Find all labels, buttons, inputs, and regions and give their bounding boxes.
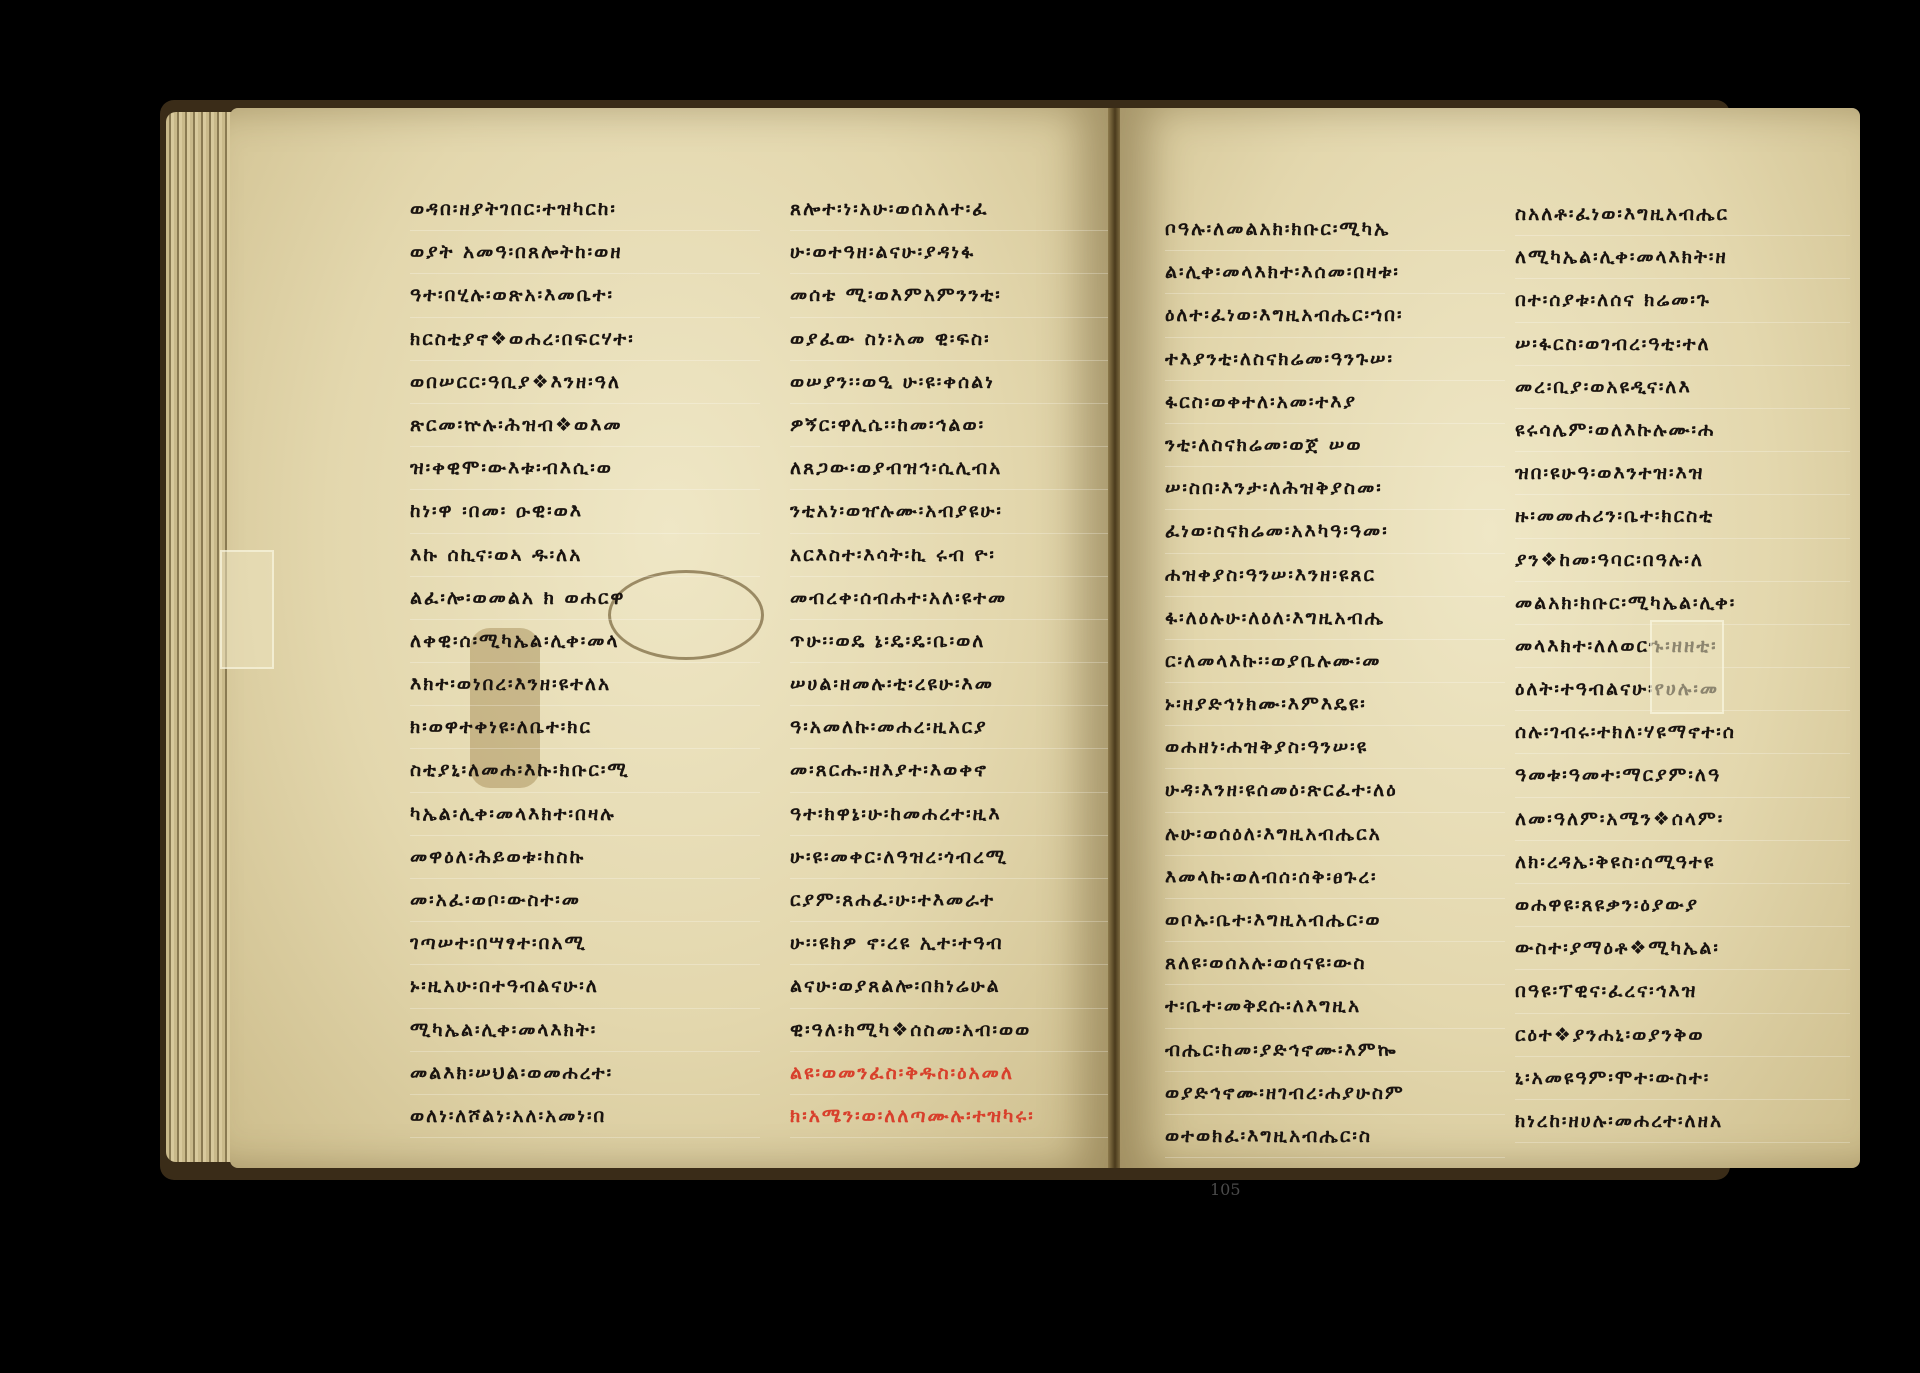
text-line: ሰሉ፡ገብሩ፡ተክለ፡ሃዩማኖተ፡ሰ xyxy=(1515,711,1850,754)
text-line: እመላኩ፡ወለብሰ፡ሰቅ፡ፀጉረ፡ xyxy=(1165,856,1505,899)
text-line: ብሔር፡ከመ፡ያድኅኖሙ፡እምኰ xyxy=(1165,1029,1505,1072)
text-line: ወሐዘነ፡ሐዝቅያስ፡ዓንሠ፡ዩ xyxy=(1165,726,1505,769)
text-line: ክርስቲያኖ❖ወሐረ፡በፍርሃተ፡ xyxy=(410,318,760,361)
left-page: ወዳበ፡ዘያትገበር፡ተዝካርከ፡ወያት አመዓ፡በጸሎትከ፡ወዘዓተ፡በሂሉ፡… xyxy=(230,108,1110,1168)
text-line: ለመ፡ዓለም፡አሜን❖ሰላም፡ xyxy=(1515,798,1850,841)
text-line: ሁ፡ዩ፡መቀር፡ለዓዝረ፡ጎብረሚ xyxy=(790,836,1140,879)
text-line: ጽርመ፡ኵሉ፡ሕዝብ❖ወእመ xyxy=(410,404,760,447)
text-line: ልዩ፡ወመንፈስ፡ቅዱስ፡ዕአመለ xyxy=(790,1052,1140,1095)
text-line: ወያት አመዓ፡በጸሎትከ፡ወዘ xyxy=(410,231,760,274)
tape-tab-left xyxy=(220,550,274,669)
text-line: ፋ፡ለዕሉሁ፡ለዕለ፡እግዚአብሔ xyxy=(1165,597,1505,640)
text-line: ኑ፡ዚአሁ፡በተዓብልናሁ፡ለ xyxy=(410,965,760,1008)
text-line: ዙ፡መመሐሪን፡ቤተ፡ክርስቲ xyxy=(1515,495,1850,538)
text-line: ዓ፡አመለኩ፡መሐረ፡ዚአርያ xyxy=(790,706,1140,749)
text-line: ዎኝር፡ዋሊሴ፡፡ከመ፡ኅልወ፡ xyxy=(790,404,1140,447)
text-line: መ፡አፈ፡ወቦ፡ውስተ፡መ xyxy=(410,879,760,922)
text-line: መረ፡ቢያ፡ወአዩዲና፡ለእ xyxy=(1515,366,1850,409)
text-line: ዊ፡ዓለ፡ክሚካ❖ሰስመ፡አብ፡ወወ xyxy=(790,1009,1140,1052)
text-line: ንቲ፡ለስናክሬመ፡ወጀ ሠወ xyxy=(1165,424,1505,467)
text-line: መዋዕለ፡ሕይወቱ፡ከስኩ xyxy=(410,836,760,879)
text-line: ፋርስ፡ወቀተለ፡አመ፡ተእያ xyxy=(1165,381,1505,424)
text-line: ሠ፡ስበ፡እንታ፡ለሕዝቅያስመ፡ xyxy=(1165,467,1505,510)
text-line: ወያድኅኖሙ፡ዘገብረ፡ሐያሁስም xyxy=(1165,1072,1505,1115)
text-line: ከነ፡ዋ ፡በመ፡ ዑዊ፡ወእ xyxy=(410,490,760,533)
text-line: ወለነ፡ለሾልነ፡አለ፡አመነ፡በ xyxy=(410,1095,760,1138)
text-line: ክ፡አሜን፡ወ፡ለለጣሙሉ፡ተዝካሩ፡ xyxy=(790,1095,1140,1138)
text-line: ሠሀል፡ዘመሉ፡ቲ፡ረዩሁ፡እመ xyxy=(790,663,1140,706)
text-line: ተእያንቲ፡ለስናክሬመ፡ዓንጉሠ፡ xyxy=(1165,338,1505,381)
text-line: ጸለዩ፡ወሰአሉ፡ወሰናዩ፡ውስ xyxy=(1165,942,1505,985)
text-line: ወቦኡ፡ቤተ፡እግዚአብሔር፡ወ xyxy=(1165,899,1505,942)
text-line: ወተወክፈ፡እግዚአብሔር፡ስ xyxy=(1165,1115,1505,1158)
text-line: እኩ ሰኪና፡ወኣ ዱ፡ለአ xyxy=(410,534,760,577)
text-line: ለጸጋው፡ወያብዝኅ፡ሲሊብአ xyxy=(790,447,1140,490)
text-line: ሚካኤል፡ሊቀ፡መላእክት፡ xyxy=(410,1009,760,1052)
text-line: ዩሩሳሌም፡ወለእኩሉሙ፡ሐ xyxy=(1515,409,1850,452)
text-line: ር፡ለመላእኩ፡፡ወያቤሉሙ፡መ xyxy=(1165,640,1505,683)
text-line: ኑ፡ዘያድኅነክሙ፡እምእዴዩ፡ xyxy=(1165,683,1505,726)
text-line: ለሚካኤል፡ሊቀ፡መላእክት፡ዘ xyxy=(1515,236,1850,279)
text-line: ካኤል፡ሊቀ፡መላእክተ፡በዛሉ xyxy=(410,793,760,836)
text-line: መ፡ጸርሑ፡ዘእያተ፡እወቀኖ xyxy=(790,749,1140,792)
text-line: ንቲአነ፡ወዠሉሙ፡አብያዩሁ፡ xyxy=(790,490,1140,533)
right-page: ቦዓሉ፡ለመልአክ፡ክቡር፡ሚካኤል፡ሊቀ፡መላእክተ፡እሰመ፡በዛቱ፡ዕለተ፡… xyxy=(1120,108,1860,1168)
text-line: ወዳበ፡ዘያትገበር፡ተዝካርከ፡ xyxy=(410,188,760,231)
text-line: ርያም፡ጸሐፈ፡ሁ፡ተእመራተ xyxy=(790,879,1140,922)
text-line: ክ፡ወዋተቀነዩ፡ለቤተ፡ክር xyxy=(410,706,760,749)
text-line: ወያፈው ስነ፡አመ ዊ፡ፍስ፡ xyxy=(790,318,1140,361)
text-line: ዓተ፡ክዋኔ፡ሁ፡ከመሐረተ፡ዚእ xyxy=(790,793,1140,836)
text-line: ሠ፡ፋርስ፡ወገብረ፡ዓቲ፡ተለ xyxy=(1515,323,1850,366)
text-line: ዓመቱ፡ዓመተ፡ማርያም፡ለዓ xyxy=(1515,754,1850,797)
text-line: ል፡ሊቀ፡መላእክተ፡እሰመ፡በዛቱ፡ xyxy=(1165,251,1505,294)
text-line: ፈነወ፡ስናክሬመ፡አእካዓ፡ዓመ፡ xyxy=(1165,510,1505,553)
text-line: ዕለተ፡ፈነወ፡እግዚአብሔር፡ኀበ፡ xyxy=(1165,294,1505,337)
text-line: መሰቴ ሚ፡ወእምአምንንቲ፡ xyxy=(790,274,1140,317)
text-line: ልፈ፡ሎ፡ወመልአ ክ ወሐርዋ xyxy=(410,577,760,620)
text-line: ያን❖ከመ፡ዓባር፡በዓሉ፡ለ xyxy=(1515,539,1850,582)
text-line: ሐዝቀያስ፡ዓንሠ፡እንዘ፡ዩጸር xyxy=(1165,554,1505,597)
text-line: ሁ፡ወተዓዘ፡ልናሁ፡ያዳነፋ xyxy=(790,231,1140,274)
text-line: ርዕተ❖ያንሐኒ፡ወያንቅወ xyxy=(1515,1014,1850,1057)
text-line: ጸሎተ፡ነ፡አሁ፡ወሰአለተ፡ፈ xyxy=(790,188,1140,231)
text-line: እክተ፡ወነበረ፡እንዘ፡ዩተለአ xyxy=(410,663,760,706)
text-line: ወሐዋዩ፡ጸዩቃን፡ዕያውያ xyxy=(1515,884,1850,927)
text-line: ክነረከ፡ዘሀሉ፡መሐረተ፡ለዘአ xyxy=(1515,1100,1850,1143)
text-line: ዝበ፡ዩሁዓ፡ወእንተዝ፡እዝ xyxy=(1515,452,1850,495)
text-line: አርእስተ፡እሳት፡ኪ ሩብ ዮ፡ xyxy=(790,534,1140,577)
text-line: ሁ፡፡ዩክዎ ኖ፡ረዩ ኢተ፡ተዓብ xyxy=(790,922,1140,965)
text-line: መብረቀ፡ሰብሐተ፡አለ፡ዩተመ xyxy=(790,577,1140,620)
text-line: በተ፡ሰያቱ፡ለሰና ክሬመ፡ጉ xyxy=(1515,279,1850,322)
text-line: ወበሠርር፡ዓቢያ❖እንዘ፡ዓለ xyxy=(410,361,760,404)
text-line: ኒ፡አመዩዓም፡ሞተ፡ውስተ፡ xyxy=(1515,1057,1850,1100)
text-line: መልአክ፡ክቡር፡ሚካኤል፡ሊቀ፡ xyxy=(1515,582,1850,625)
text-line: ወሠያን፡፡ወዒ ሁ፡ዩ፡ቀሰልነ xyxy=(790,361,1140,404)
text-line: ለክ፡ረዳኤ፡ቅዩስ፡ሰሚዓተዩ xyxy=(1515,841,1850,884)
text-line: ገጣሠተ፡በሣፃተ፡በአሚ xyxy=(410,922,760,965)
text-line: ለቀዊ፡ሰ፡ሚካኤል፡ሊቀ፡መላ xyxy=(410,620,760,663)
left-column-2: ጸሎተ፡ነ፡አሁ፡ወሰአለተ፡ፈሁ፡ወተዓዘ፡ልናሁ፡ያዳነፋመሰቴ ሚ፡ወእም… xyxy=(790,188,1140,1138)
tape-tab-right xyxy=(1650,620,1724,714)
text-line: በዓዩ፡ፕዊና፡ፈረና፡ኅእዝ xyxy=(1515,970,1850,1013)
text-line: ሉሁ፡ወሰዕለ፡እግዚአብሔርአ xyxy=(1165,813,1505,856)
manuscript: ወዳበ፡ዘያትገበር፡ተዝካርከ፡ወያት አመዓ፡በጸሎትከ፡ወዘዓተ፡በሂሉ፡… xyxy=(160,100,1740,1180)
text-line: ዓተ፡በሂሉ፡ወጽአ፡እመቤተ፡ xyxy=(410,274,760,317)
text-line: መልእክ፡ሠህል፡ወመሐረተ፡ xyxy=(410,1052,760,1095)
page-number: 105 xyxy=(1210,1180,1241,1199)
text-line: ስአለቶ፡ፈነወ፡እግዚአብሔር xyxy=(1515,193,1850,236)
text-line: ልናሁ፡ወያጸልሎ፡በክነሬሁል xyxy=(790,965,1140,1008)
text-line: ሁዳ፡እንዘ፡ዩሰመዕ፡ጽርፈተ፡ለዕ xyxy=(1165,769,1505,812)
text-line: ስቲያኒ፡ለመሐ፡እኩ፡ክቡር፡ሚ xyxy=(410,749,760,792)
text-line: ቦዓሉ፡ለመልአክ፡ክቡር፡ሚካኤ xyxy=(1165,208,1505,251)
left-column-1: ወዳበ፡ዘያትገበር፡ተዝካርከ፡ወያት አመዓ፡በጸሎትከ፡ወዘዓተ፡በሂሉ፡… xyxy=(410,188,760,1138)
text-line: ጥሁ፡፡ወዴ ኔ፡ዴ፡ዴ፡ቤ፡ወለ xyxy=(790,620,1140,663)
text-line: ዝ፡ቀዊሞ፡ውእቱ፡ብእሲ፡ወ xyxy=(410,447,760,490)
right-column-1: ቦዓሉ፡ለመልአክ፡ክቡር፡ሚካኤል፡ሊቀ፡መላእክተ፡እሰመ፡በዛቱ፡ዕለተ፡… xyxy=(1165,208,1505,1158)
text-line: ውስተ፡ያማዕቶ❖ሚካኤል፡ xyxy=(1515,927,1850,970)
text-line: ተ፡ቤተ፡መቅደሱ፡ለእግዚአ xyxy=(1165,985,1505,1028)
